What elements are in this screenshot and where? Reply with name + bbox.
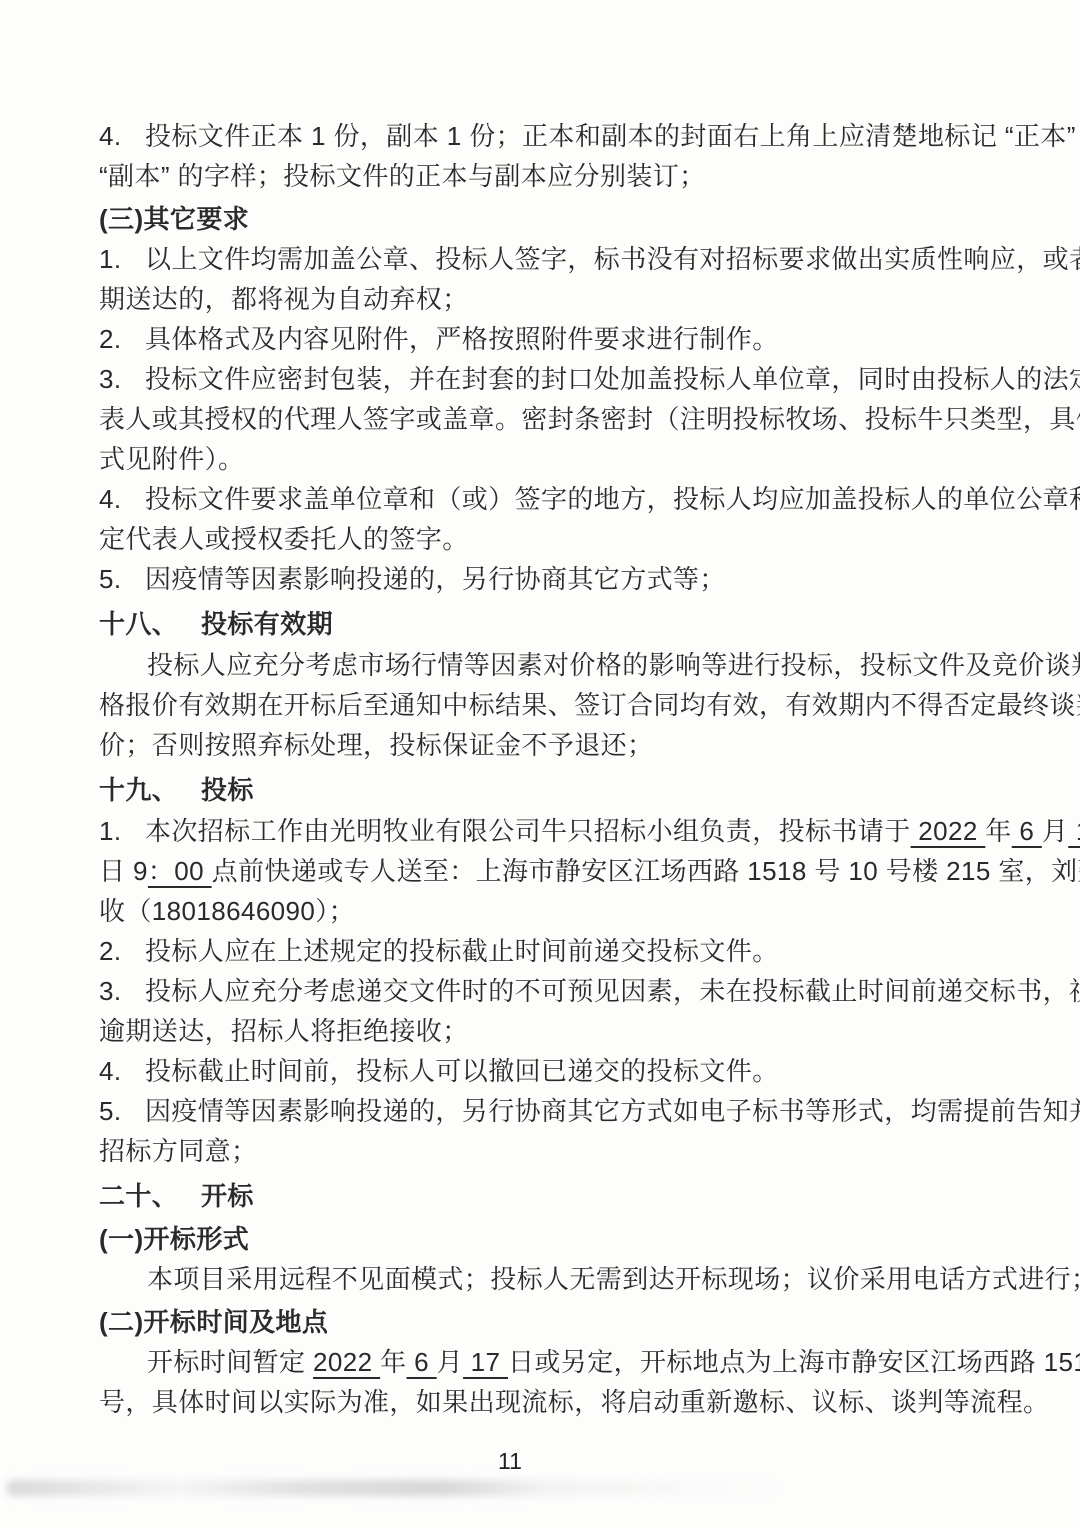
text-line: 4.投标截止时间前，投标人可以撤回已递交的投标文件。 — [99, 1051, 999, 1091]
text-line: 表人或其授权的代理人签字或盖章。密封条密封（注明投标牧场、投标牛只类型，具体格 — [99, 399, 999, 439]
underlined-fill-in-value: 17 — [463, 1347, 508, 1377]
text-line: 2.投标人应在上述规定的投标截止时间前递交投标文件。 — [99, 931, 999, 971]
text-segment: 投标截止时间前，投标人可以撤回已递交的投标文件。 — [145, 1056, 779, 1086]
scan-smudge — [6, 1480, 786, 1496]
text-segment: 点前快递或专人送至：上海市静安区江场西路 1518 号 10 号楼 215 室，… — [212, 856, 1080, 886]
text-segment: 收（18018646090）； — [99, 896, 355, 926]
underlined-fill-in-value: 17 — [1068, 816, 1080, 846]
text-segment: 投标文件要求盖单位章和（或）签字的地方，投标人均应加盖投标人的单位公章和法 — [145, 484, 1080, 514]
section-heading: 十八、投标有效期 — [99, 604, 999, 644]
underlined-fill-in-value: 2022 — [313, 1347, 380, 1377]
list-marker: 5. — [99, 1091, 145, 1131]
list-marker: 2. — [99, 319, 145, 359]
text-segment: 投标文件正本 1 份，副本 1 份；正本和副本的封面右上角上应清楚地标记 “正本… — [145, 121, 1080, 151]
text-line: 价；否则按照弃标处理，投标保证金不予退还； — [99, 725, 999, 765]
text-line: 5.因疫情等因素影响投递的，另行协商其它方式如电子标书等形式，均需提前告知并经 — [99, 1091, 999, 1131]
list-marker: 4. — [99, 116, 145, 156]
text-line: 投标人应充分考虑市场行情等因素对价格的影响等进行投标，投标文件及竞价谈判价 — [99, 645, 999, 685]
text-line: “副本” 的字样；投标文件的正本与副本应分别装订； — [99, 156, 999, 196]
text-segment: 投标文件应密封包装，并在封套的封口处加盖投标人单位章，同时由投标人的法定代 — [145, 364, 1080, 394]
text-segment: 开标 — [201, 1181, 254, 1211]
text-line: 招标方同意； — [99, 1131, 999, 1171]
text-line: 定代表人或授权委托人的签字。 — [99, 519, 999, 559]
text-segment: “副本” 的字样；投标文件的正本与副本应分别装订； — [99, 161, 706, 191]
underlined-fill-in-value: ：00 — [148, 856, 212, 886]
text-segment: 本次招标工作由光明牧业有限公司牛只招标小组负责，投标书请于 — [145, 816, 911, 846]
text-line: 1.本次招标工作由光明牧业有限公司牛只招标小组负责，投标书请于 2022 年 6… — [99, 811, 999, 851]
text-line: 期送达的，都将视为自动弃权； — [99, 279, 999, 319]
sub-section-heading: (一)开标形式 — [99, 1219, 999, 1259]
text-line: 收（18018646090）； — [99, 891, 999, 931]
list-marker: 2. — [99, 931, 145, 971]
text-line: 3.投标人应充分考虑递交文件时的不可预见因素，未在投标截止时间前递交标书，视为 — [99, 971, 999, 1011]
text-line: 2.具体格式及内容见附件，严格按照附件要求进行制作。 — [99, 319, 999, 359]
text-segment: 定代表人或授权委托人的签字。 — [99, 524, 469, 554]
text-segment: 投标人应充分考虑市场行情等因素对价格的影响等进行投标，投标文件及竞价谈判价 — [147, 650, 1080, 680]
text-line: 日 9：00 点前快递或专人送至：上海市静安区江场西路 1518 号 10 号楼… — [99, 851, 999, 891]
text-segment: 开标时间暂定 — [147, 1347, 313, 1377]
text-segment: 具体格式及内容见附件，严格按照附件要求进行制作。 — [145, 324, 779, 354]
text-segment: 以上文件均需加盖公章、投标人签字，标书没有对招标要求做出实质性响应，或者逾 — [145, 244, 1080, 274]
text-segment: (二)开标时间及地点 — [99, 1307, 328, 1337]
list-marker: 3. — [99, 359, 145, 399]
list-marker: 十九、 — [99, 770, 201, 810]
text-line: 5.因疫情等因素影响投递的，另行协商其它方式等； — [99, 559, 999, 599]
sub-section-heading: (二)开标时间及地点 — [99, 1302, 999, 1342]
section-heading: 十九、投标 — [99, 770, 999, 810]
text-line: 1.以上文件均需加盖公章、投标人签字，标书没有对招标要求做出实质性响应，或者逾 — [99, 239, 999, 279]
text-segment: 日 9 — [99, 856, 148, 886]
text-segment: 年 — [985, 816, 1011, 846]
page-number: 11 — [0, 1448, 1020, 1475]
text-segment: (三)其它要求 — [99, 204, 249, 234]
text-line: 开标时间暂定 2022 年 6 月 17 日或另定，开标地点为上海市静安区江场西… — [99, 1342, 999, 1382]
list-marker: 4. — [99, 479, 145, 519]
text-line: 号，具体时间以实际为准，如果出现流标，将启动重新邀标、议标、谈判等流程。 — [99, 1382, 999, 1422]
text-segment: 招标方同意； — [99, 1136, 257, 1166]
text-segment: 日或另定，开标地点为上海市静安区江场西路 1518 — [508, 1347, 1080, 1377]
text-segment: 逾期送达，招标人将拒绝接收； — [99, 1016, 469, 1046]
text-line: 逾期送达，招标人将拒绝接收； — [99, 1011, 999, 1051]
text-line: 式见附件）。 — [99, 439, 999, 479]
text-line: 格报价有效期在开标后至通知中标结果、签订合同均有效，有效期内不得否定最终谈判报 — [99, 685, 999, 725]
text-segment: 表人或其授权的代理人签字或盖章。密封条密封（注明投标牧场、投标牛只类型，具体格 — [99, 404, 1080, 434]
text-segment: 因疫情等因素影响投递的，另行协商其它方式如电子标书等形式，均需提前告知并经 — [145, 1096, 1080, 1126]
text-line: 4.投标文件正本 1 份，副本 1 份；正本和副本的封面右上角上应清楚地标记 “… — [99, 116, 999, 156]
text-segment: 期送达的，都将视为自动弃权； — [99, 284, 469, 314]
list-marker: 4. — [99, 1051, 145, 1091]
underlined-fill-in-value: 6 — [1012, 816, 1042, 846]
list-marker: 1. — [99, 239, 145, 279]
text-line: 4.投标文件要求盖单位章和（或）签字的地方，投标人均应加盖投标人的单位公章和法 — [99, 479, 999, 519]
text-segment: 投标人应充分考虑递交文件时的不可预见因素，未在投标截止时间前递交标书，视为 — [145, 976, 1080, 1006]
text-segment: 月 — [1042, 816, 1068, 846]
underlined-fill-in-value: 6 — [407, 1347, 437, 1377]
list-marker: 1. — [99, 811, 145, 851]
text-segment: 投标 — [201, 775, 254, 805]
list-marker: 3. — [99, 971, 145, 1011]
text-segment: 投标有效期 — [201, 609, 333, 639]
text-segment: 格报价有效期在开标后至通知中标结果、签订合同均有效，有效期内不得否定最终谈判报 — [99, 690, 1080, 720]
document-page: 4.投标文件正本 1 份，副本 1 份；正本和副本的封面右上角上应清楚地标记 “… — [0, 0, 1080, 1528]
text-line: 3.投标文件应密封包装，并在封套的封口处加盖投标人单位章，同时由投标人的法定代 — [99, 359, 999, 399]
text-segment: 价；否则按照弃标处理，投标保证金不予退还； — [99, 730, 653, 760]
document-body: 4.投标文件正本 1 份，副本 1 份；正本和副本的封面右上角上应清楚地标记 “… — [99, 116, 999, 1422]
text-segment: 号，具体时间以实际为准，如果出现流标，将启动重新邀标、议标、谈判等流程。 — [99, 1387, 1049, 1417]
text-segment: 月 — [437, 1347, 463, 1377]
text-segment: 年 — [380, 1347, 406, 1377]
section-heading: 二十、开标 — [99, 1176, 999, 1216]
text-segment: 式见附件）。 — [99, 444, 244, 474]
sub-section-heading: (三)其它要求 — [99, 199, 999, 239]
list-marker: 5. — [99, 559, 145, 599]
text-segment: 本项目采用远程不见面模式；投标人无需到达开标现场；议价采用电话方式进行； — [147, 1264, 1080, 1294]
text-segment: 投标人应在上述规定的投标截止时间前递交投标文件。 — [145, 936, 779, 966]
underlined-fill-in-value: 2022 — [911, 816, 986, 846]
text-segment: 因疫情等因素影响投递的，另行协商其它方式等； — [145, 564, 726, 594]
list-marker: 十八、 — [99, 604, 201, 644]
text-segment: (一)开标形式 — [99, 1224, 249, 1254]
text-line: 本项目采用远程不见面模式；投标人无需到达开标现场；议价采用电话方式进行； — [99, 1259, 999, 1299]
list-marker: 二十、 — [99, 1176, 201, 1216]
